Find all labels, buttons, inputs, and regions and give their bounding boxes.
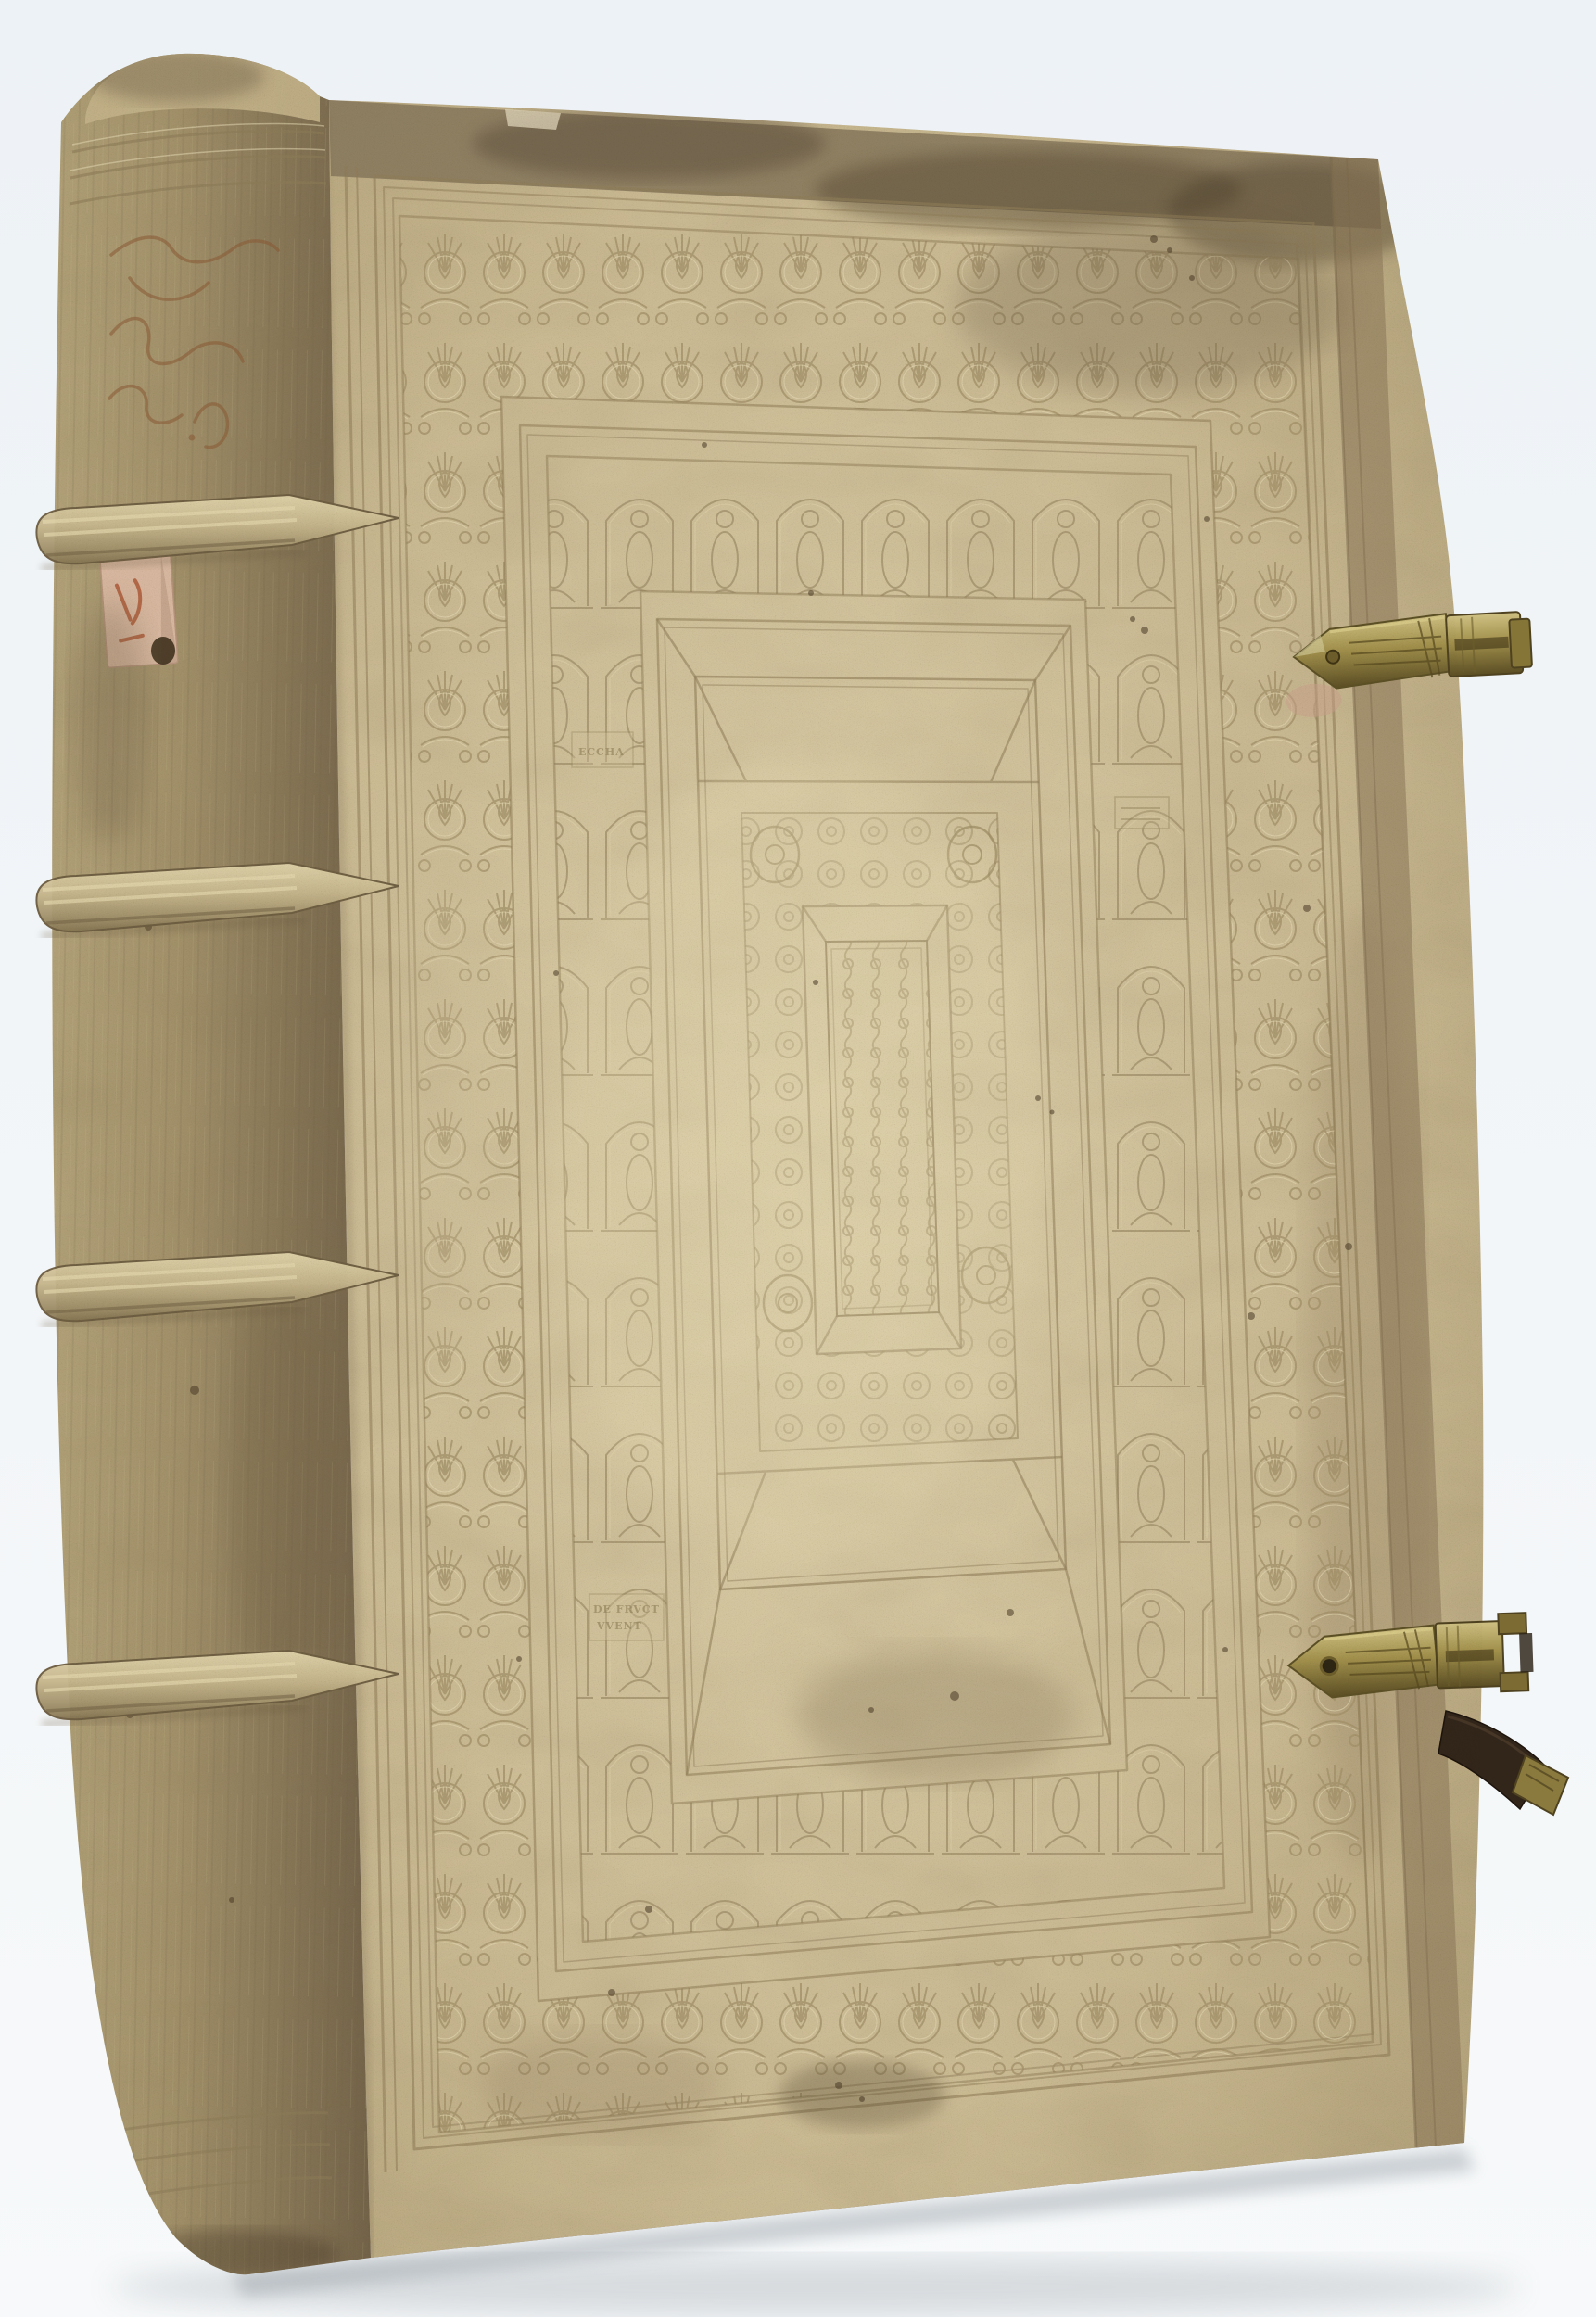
clasp-hinge (1446, 612, 1532, 677)
book: ECCHA DE FRVCT VVENT (19, 28, 1585, 2298)
photo-stage: ECCHA DE FRVCT VVENT (0, 0, 1596, 2317)
photo-grain (19, 28, 1585, 2298)
book-photo: ECCHA DE FRVCT VVENT (0, 0, 1596, 2317)
